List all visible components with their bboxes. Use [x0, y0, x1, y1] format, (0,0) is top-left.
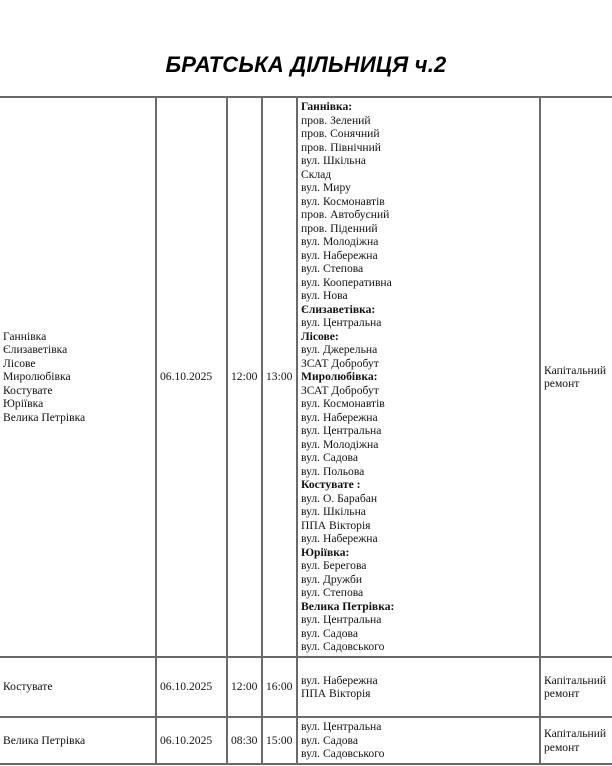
address-line: вул. Шкільна: [301, 154, 536, 168]
address-line: пров. Автобусний: [301, 208, 536, 222]
address-line: вул. Польова: [301, 465, 536, 479]
address-line: вул. Степова: [301, 262, 536, 276]
address-line: вул. Набережна: [301, 532, 536, 546]
settlement-name: Юріївка: [3, 397, 152, 411]
settlement-heading: Велика Петрівка:: [301, 600, 536, 614]
addresses-cell: вул. НабережнаППА Вікторія: [297, 657, 540, 717]
address-line: вул. Дружби: [301, 573, 536, 587]
address-line: ППА Вікторія: [301, 519, 536, 533]
address-line: пров. Сонячний: [301, 127, 536, 141]
settlements-cell: Велика Петрівка: [0, 717, 156, 764]
settlements-cell: Костувате: [0, 657, 156, 717]
address-line: ЗСАТ Добробут: [301, 384, 536, 398]
address-line: вул. Садовського: [301, 640, 536, 654]
work-type-cell: Капітальний ремонт: [540, 657, 612, 717]
address-line: ППА Вікторія: [301, 687, 536, 701]
start-time-cell: 12:00: [227, 97, 262, 657]
address-line: вул. Шкільна: [301, 505, 536, 519]
work-type-cell: Капітальний ремонт: [540, 97, 612, 657]
address-line: вул. Космонавтів: [301, 397, 536, 411]
date-cell: 06.10.2025: [156, 97, 227, 657]
address-line: вул. Центральна: [301, 613, 536, 627]
settlement-heading: Юріївка:: [301, 546, 536, 560]
address-line: вул. Кооперативна: [301, 276, 536, 290]
addresses-cell: Ганнівка:пров. Зеленийпров. Сонячнийпров…: [297, 97, 540, 657]
address-line: вул. Миру: [301, 181, 536, 195]
address-line: вул. Нова: [301, 289, 536, 303]
address-line: вул. О. Барабан: [301, 492, 536, 506]
address-line: пров. Північний: [301, 141, 536, 155]
settlement-heading: Лісове:: [301, 330, 536, 344]
table-row: ГаннівкаЄлизаветівкаЛісовеМиролюбівкаКос…: [0, 97, 612, 657]
address-line: вул. Молодіжна: [301, 235, 536, 249]
work-type-text: Капітальний ремонт: [544, 727, 612, 754]
table-row: Велика Петрівка 06.10.2025 08:30 15:00 в…: [0, 717, 612, 764]
work-type-text: Капітальний ремонт: [544, 364, 612, 391]
start-time-cell: 12:00: [227, 657, 262, 717]
address-line: вул. Садовського: [301, 747, 536, 761]
date-cell: 06.10.2025: [156, 657, 227, 717]
table-row: Костувате 06.10.2025 12:00 16:00 вул. На…: [0, 657, 612, 717]
work-type-cell: Капітальний ремонт: [540, 717, 612, 764]
settlement-heading: Єлизаветівка:: [301, 303, 536, 317]
date-cell: 06.10.2025: [156, 717, 227, 764]
address-line: вул. Центральна: [301, 720, 536, 734]
settlement-name: Костувате: [3, 680, 152, 694]
address-line: вул. Молодіжна: [301, 438, 536, 452]
address-line: вул. Садова: [301, 627, 536, 641]
address-line: вул. Степова: [301, 586, 536, 600]
settlement-name: Ганнівка: [3, 330, 152, 344]
address-line: вул. Набережна: [301, 249, 536, 263]
work-type-text: Капітальний ремонт: [544, 674, 612, 701]
page-title: БРАТСЬКА ДІЛЬНИЦЯ ч.2: [0, 52, 612, 78]
address-line: Склад: [301, 168, 536, 182]
start-time-cell: 08:30: [227, 717, 262, 764]
address-line: вул. Набережна: [301, 411, 536, 425]
settlement-heading: Ганнівка:: [301, 100, 536, 114]
address-line: вул. Садова: [301, 734, 536, 748]
settlement-name: Миролюбівка: [3, 370, 152, 384]
settlements-cell: ГаннівкаЄлизаветівкаЛісовеМиролюбівкаКос…: [0, 97, 156, 657]
address-line: вул. Центральна: [301, 424, 536, 438]
address-line: пров. Піденний: [301, 222, 536, 236]
address-line: вул. Джерельна: [301, 343, 536, 357]
address-line: вул. Космонавтів: [301, 195, 536, 209]
address-line: ЗСАТ Добробут: [301, 357, 536, 371]
addresses-cell: вул. Центральнавул. Садовавул. Садовсько…: [297, 717, 540, 764]
address-line: вул. Центральна: [301, 316, 536, 330]
settlement-name: Велика Петрівка: [3, 734, 152, 748]
settlement-name: Костувате: [3, 384, 152, 398]
end-time-cell: 13:00: [262, 97, 297, 657]
settlement-name: Єлизаветівка: [3, 343, 152, 357]
address-line: вул. Садова: [301, 451, 536, 465]
settlement-name: Лісове: [3, 357, 152, 371]
outage-schedule-table: ГаннівкаЄлизаветівкаЛісовеМиролюбівкаКос…: [0, 96, 612, 765]
end-time-cell: 16:00: [262, 657, 297, 717]
end-time-cell: 15:00: [262, 717, 297, 764]
settlement-name: Велика Петрівка: [3, 411, 152, 425]
address-line: вул. Берегова: [301, 559, 536, 573]
address-line: вул. Набережна: [301, 674, 536, 688]
settlement-heading: Миролюбівка:: [301, 370, 536, 384]
settlement-heading: Костувате :: [301, 478, 536, 492]
address-line: пров. Зелений: [301, 114, 536, 128]
